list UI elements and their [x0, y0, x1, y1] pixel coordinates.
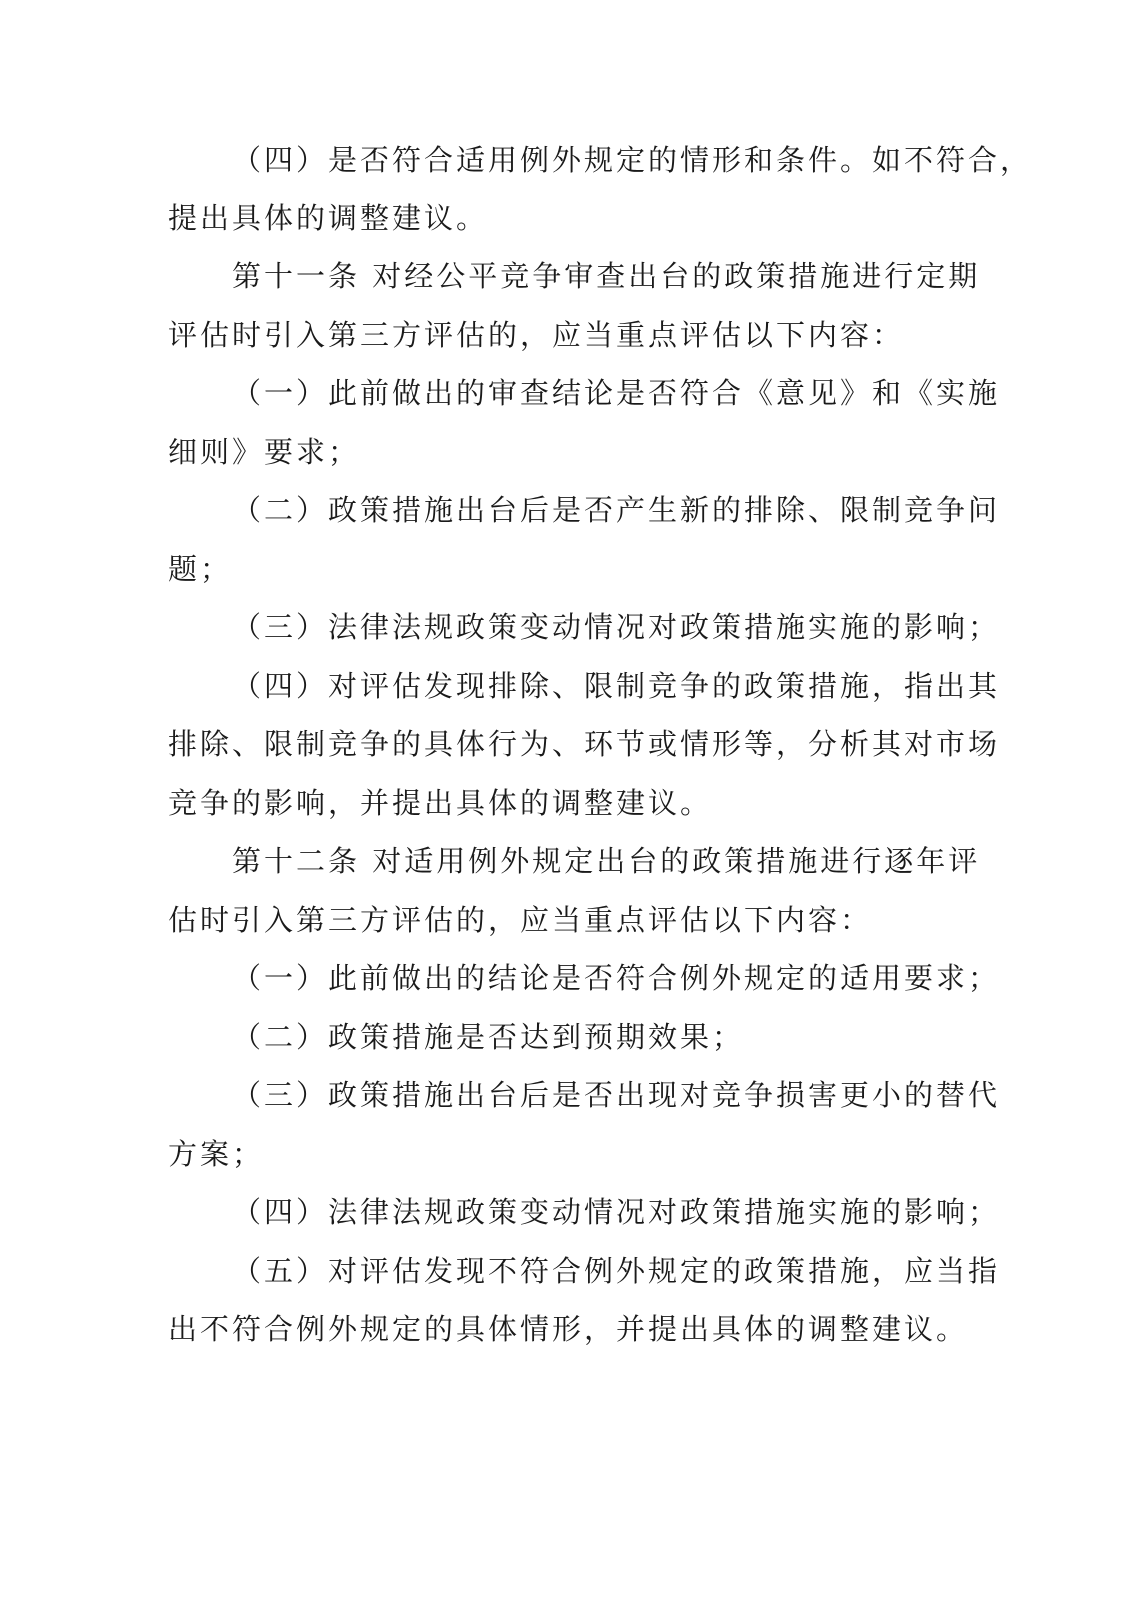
- text-line: （三）政策措施出台后是否出现对竞争损害更小的替代: [232, 1075, 948, 1115]
- text-line: 出不符合例外规定的具体情形，并提出具体的调整建议。: [168, 1309, 948, 1349]
- text-line: 排除、限制竞争的具体行为、环节或情形等，分析其对市场: [168, 724, 948, 764]
- text-line: 评估时引入第三方评估的，应当重点评估以下内容：: [168, 315, 948, 355]
- text-line: 细则》要求；: [168, 432, 948, 472]
- text-line: 估时引入第三方评估的，应当重点评估以下内容：: [168, 900, 948, 940]
- text-line: （二）政策措施出台后是否产生新的排除、限制竞争问: [232, 490, 948, 530]
- document-page: （四）是否符合适用例外规定的情形和条件。如不符合，提出具体的调整建议。第十一条 …: [0, 0, 1132, 1600]
- text-line: （一）此前做出的结论是否符合例外规定的适用要求；: [232, 958, 948, 998]
- text-line: （四）是否符合适用例外规定的情形和条件。如不符合，: [232, 140, 948, 180]
- text-line: （四）法律法规政策变动情况对政策措施实施的影响；: [232, 1192, 948, 1232]
- text-line: 提出具体的调整建议。: [168, 198, 948, 238]
- text-line: （二）政策措施是否达到预期效果；: [232, 1017, 948, 1057]
- text-line: （三）法律法规政策变动情况对政策措施实施的影响；: [232, 607, 948, 647]
- text-line: （一）此前做出的审查结论是否符合《意见》和《实施: [232, 373, 948, 413]
- text-line: 题；: [168, 549, 948, 589]
- text-line: 竞争的影响，并提出具体的调整建议。: [168, 783, 948, 823]
- text-line: 第十二条 对适用例外规定出台的政策措施进行逐年评: [232, 841, 948, 881]
- text-line: （五）对评估发现不符合例外规定的政策措施，应当指: [232, 1251, 948, 1291]
- text-line: 第十一条 对经公平竞争审查出台的政策措施进行定期: [232, 256, 948, 296]
- text-line: （四）对评估发现排除、限制竞争的政策措施，指出其: [232, 666, 948, 706]
- text-line: 方案；: [168, 1134, 948, 1174]
